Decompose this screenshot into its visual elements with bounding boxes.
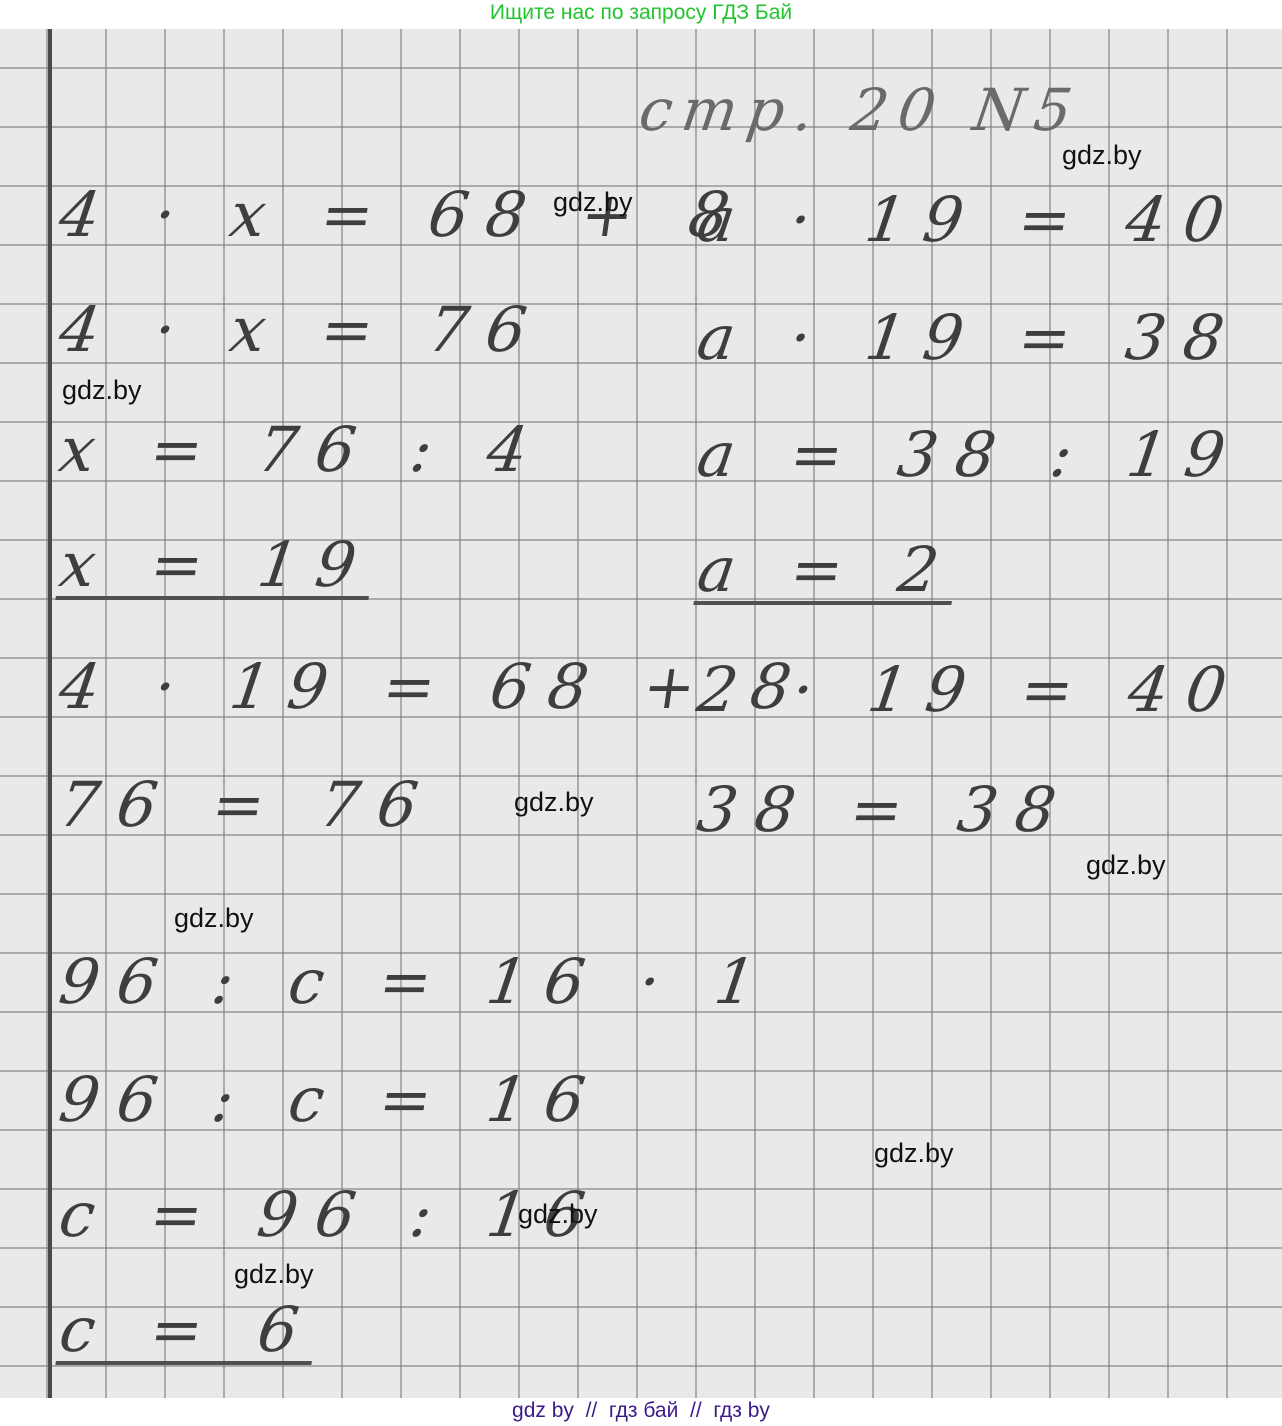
equation-line: 4 · x = 68 + 8 [56,184,751,246]
equation-line: 96 : c = 16 · 1 [56,951,777,1013]
notebook-page: стр. 20 N5 4 · x = 68 + 8 4 · x = 76 x =… [0,29,1282,1398]
watermark: gdz.by [1062,142,1142,169]
watermark: gdz.by [518,1201,598,1228]
equation-line: 4 · x = 76 [56,299,549,361]
equation-line: a · 19 = 40 − 2 [694,189,1282,251]
top-banner: Ищите нас по запросу ГДЗ Бай [0,0,1282,28]
watermark: gdz.by [174,905,254,932]
watermark: gdz.by [234,1261,314,1288]
answer-line: c = 6 [55,1299,320,1365]
check-line: 76 = 76 [56,774,440,836]
watermark: gdz.by [62,377,142,404]
watermark: gdz.by [874,1140,954,1167]
watermark: gdz.by [1086,852,1166,879]
equation-line: a · 19 = 38 [694,307,1246,369]
watermark: gdz.by [514,789,594,816]
page-header: стр. 20 N5 [636,81,1086,139]
equation-line: a = 38 : 19 [694,424,1247,486]
bottom-banner: gdz by // гдз бай // гдз by [0,1398,1282,1426]
watermark: gdz.by [553,189,633,216]
answer-line: a = 2 [693,539,960,605]
equation-line: x = 76 : 4 [56,419,550,481]
answer-line: x = 19 [55,534,378,600]
check-line: 38 = 38 [694,779,1078,841]
equation-line: 96 : c = 16 [56,1069,607,1131]
margin-line [48,29,52,1398]
check-line: 2 · 19 = 40 − 2 [694,659,1282,721]
